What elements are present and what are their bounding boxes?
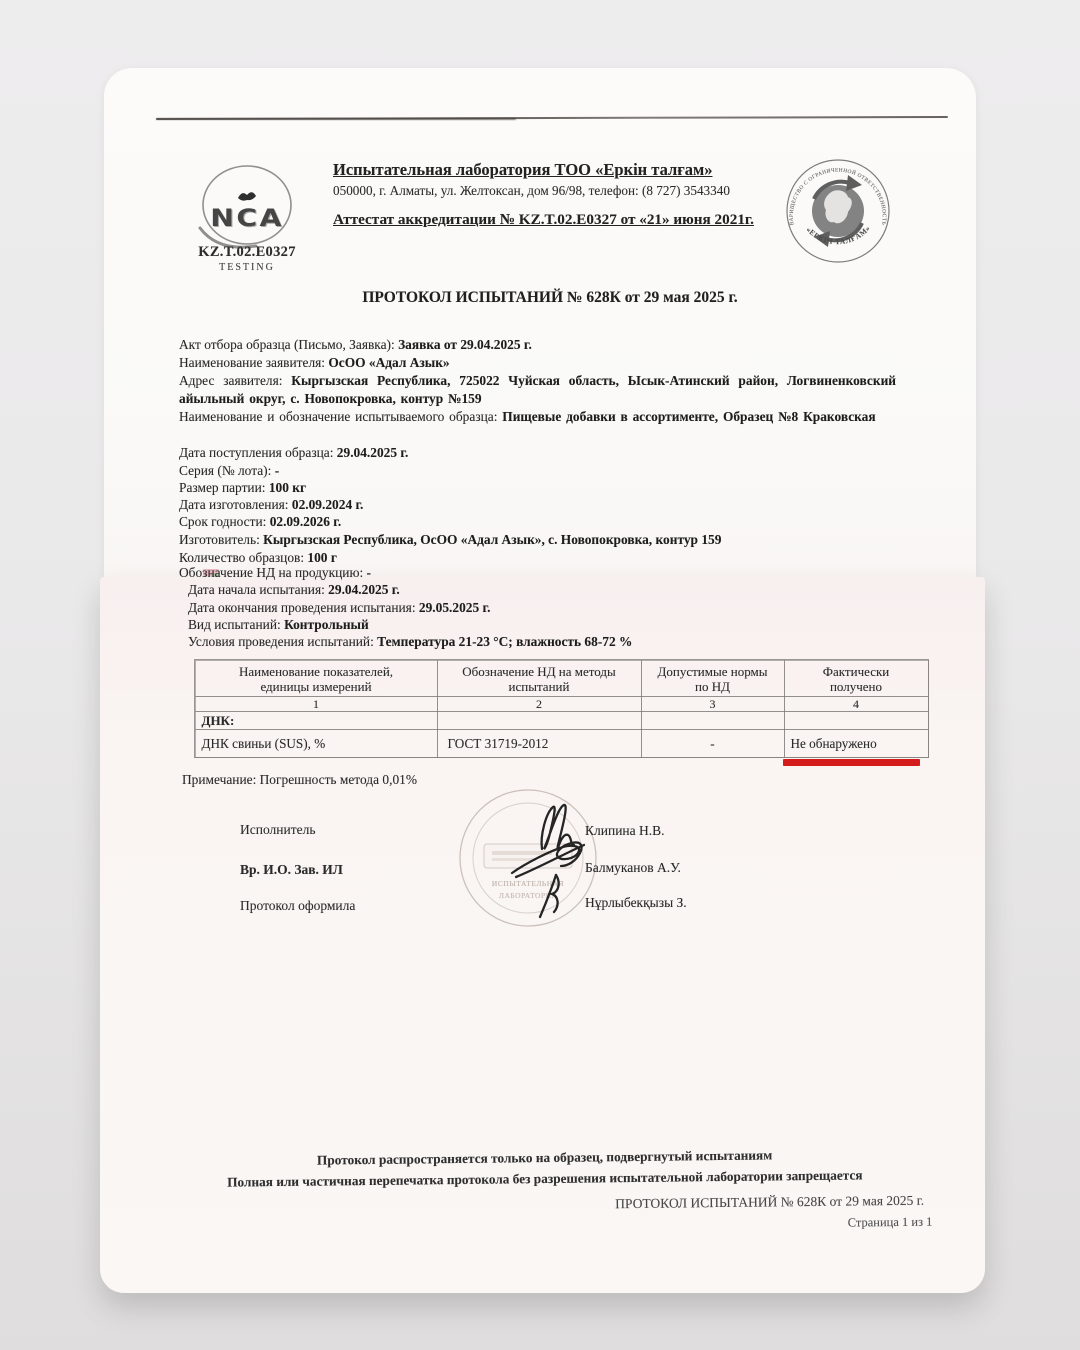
field-expiry-date: Срок годности: 02.09.2026 г. <box>179 513 916 531</box>
field-label: Серия (№ лота): <box>179 463 275 478</box>
table-colnum: 1 <box>195 696 438 712</box>
results-table: Наименование показателей, единицы измере… <box>194 659 929 758</box>
field-value: ОсОО «Адал Азык» <box>328 355 449 370</box>
field-label: Вид испытаний: <box>188 617 284 632</box>
nca-testing-label: TESTING <box>190 262 304 273</box>
field-label: Количество образцов: <box>179 550 307 565</box>
field-receipt-date: Дата поступления образца: 29.04.2025 г. <box>179 444 916 462</box>
field-value: 29.04.2025 г. <box>328 582 400 597</box>
field-nd-designation: Обозначение НД на продукцию: - <box>179 564 916 582</box>
field-label: Размер партии: <box>179 480 269 495</box>
table-cell <box>437 711 642 730</box>
signature-role: Вр. И.О. Зав. ИЛ <box>240 862 343 878</box>
table-cell-norm: - <box>641 729 785 758</box>
table-header-method: Обозначение НД на методы испытаний <box>437 660 642 697</box>
nca-accreditation-logo: NCA KZ.T.02.E0327 TESTING <box>190 162 304 274</box>
field-test-end-date: Дата окончания проведения испытания: 29.… <box>188 599 925 617</box>
field-label: Адрес заявителя: <box>179 373 291 388</box>
field-manufacturer: Изготовитель: Кыргызская Республика, ОсО… <box>179 531 916 549</box>
table-cell-method: ГОСТ 31719-2012 <box>437 729 642 758</box>
field-value: Контрольный <box>284 617 369 632</box>
field-applicant-name: Наименование заявителя: ОсОО «Адал Азык» <box>179 354 916 372</box>
lab-round-seal-icon: ТОВАРИЩЕСТВО С ОГРАНИЧЕННОЙ ОТВЕТСТВЕННО… <box>784 157 892 265</box>
table-colnum: 2 <box>437 696 642 712</box>
footer-protocol-ref: ПРОТОКОЛ ИСПЫТАНИЙ № 628К от 29 мая 2025… <box>150 1193 940 1218</box>
field-value: 02.09.2024 г. <box>292 497 364 512</box>
field-production-date: Дата изготовления: 02.09.2024 г. <box>179 496 916 514</box>
field-label: Срок годности: <box>179 514 270 529</box>
field-value: 29.04.2025 г. <box>337 445 409 460</box>
table-colnum: 3 <box>641 696 785 712</box>
field-label: Дата начала испытания: <box>188 582 328 597</box>
field-value: Кыргызская Республика, ОсОО «Адал Азык»,… <box>263 532 721 547</box>
field-label: Наименование и обозначение испытываемого… <box>179 409 502 424</box>
field-label: Наименование заявителя: <box>179 355 328 370</box>
signature-name: Балмуканов А.У. <box>585 860 681 876</box>
table-header-indicator: Наименование показателей, единицы измере… <box>195 660 438 697</box>
table-colnum: 4 <box>784 696 929 712</box>
field-test-start-date: Дата начала испытания: 29.04.2025 г. <box>188 581 925 599</box>
field-test-conditions: Условия проведения испытаний: Температур… <box>188 633 925 651</box>
scanned-lab-protocol: NCA KZ.T.02.E0327 TESTING Испытательная … <box>0 0 1080 1350</box>
field-value: - <box>367 565 371 580</box>
field-value: 29.05.2025 г. <box>419 600 491 615</box>
field-label: Условия проведения испытаний: <box>188 634 377 649</box>
field-value: Пищевые добавки в ассортименте, Образец … <box>502 409 875 424</box>
field-sampling-act: Акт отбора образца (Письмо, Заявка): Зая… <box>179 336 916 354</box>
field-label: Акт отбора образца (Письмо, Заявка): <box>179 337 398 352</box>
field-value: Заявка от 29.04.2025 г. <box>398 337 532 352</box>
lab-name: Испытательная лаборатория ТОО «Еркін тал… <box>333 160 775 180</box>
nca-logo-text: NCA <box>180 205 315 231</box>
field-value: 100 кг <box>269 480 306 495</box>
field-lot-series: Серия (№ лота): - <box>179 462 916 480</box>
field-label: Дата поступления образца: <box>179 445 337 460</box>
letterhead: Испытательная лаборатория ТОО «Еркін тал… <box>333 160 775 229</box>
lab-address: 050000, г. Алматы, ул. Желтоксан, дом 96… <box>333 183 775 199</box>
nca-cert-number: KZ.T.02.E0327 <box>184 244 310 261</box>
field-label: Дата окончания проведения испытания: <box>188 600 419 615</box>
signature-name: Клипина Н.В. <box>585 823 665 839</box>
field-label: Обозначение НД на продукцию: <box>179 565 367 580</box>
table-cell-indicator: ДНК свиньи (SUS), % <box>195 729 438 758</box>
document-title: ПРОТОКОЛ ИСПЫТАНИЙ № 628К от 29 мая 2025… <box>180 289 920 307</box>
footer-copy-restriction-line: Полная или частичная перепечатка протоко… <box>150 1167 940 1192</box>
table-cell-result: Не обнаружено <box>784 729 929 758</box>
field-value: Температура 21-23 °С; влажность 68-72 % <box>377 634 632 649</box>
method-error-note: Примечание: Погрешность метода 0,01% <box>182 772 417 788</box>
field-label: Изготовитель: <box>179 532 263 547</box>
signature-role: Протокол оформила <box>240 898 355 914</box>
footer-scope-line: Протокол распространяется только на обра… <box>150 1146 940 1171</box>
signature-role: Исполнитель <box>240 822 316 838</box>
table-cell <box>641 711 785 730</box>
field-test-type: Вид испытаний: Контрольный <box>188 616 925 634</box>
field-value: - <box>275 463 279 478</box>
accreditation-line: Аттестат аккредитации № KZ.T.02.E0327 от… <box>333 211 775 229</box>
field-batch-size: Размер партии: 100 кг <box>179 479 916 497</box>
field-applicant-address: Адрес заявителя: Кыргызская Республика, … <box>179 372 896 408</box>
bird-icon <box>238 192 256 200</box>
table-cell-dnk-group: ДНК: <box>195 711 438 730</box>
field-sample-designation: Наименование и обозначение испытываемого… <box>179 408 896 426</box>
table-header-actual: Фактически получено <box>784 660 929 697</box>
table-cell <box>784 711 929 730</box>
signature-name: Нұрлыбекқызы З. <box>585 895 687 911</box>
table-header-norms: Допустимые нормы по НД <box>641 660 785 697</box>
field-value: 100 г <box>307 550 337 565</box>
field-value: 02.09.2026 г. <box>270 514 342 529</box>
document-footer: Протокол распространяется только на обра… <box>150 1146 941 1239</box>
result-highlight-underline <box>783 759 920 766</box>
field-label: Дата изготовления: <box>179 497 292 512</box>
footer-page-info: Страница 1 из 1 <box>150 1215 940 1239</box>
